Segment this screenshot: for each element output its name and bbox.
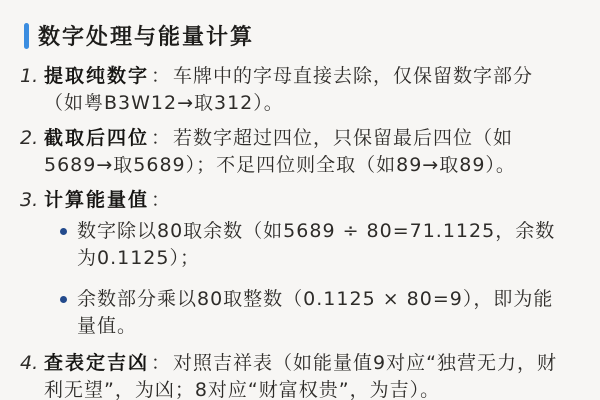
step-text: 查表定吉凶：对照吉祥表（如能量值9对应“独营无力，财利无望”，为凶；8对应“财富… <box>44 350 572 400</box>
step-text: 提取纯数字：车牌中的字母直接去除，仅保留数字部分（如粤B3W12→取312）。 <box>44 63 572 117</box>
step-colon: ： <box>149 65 173 87</box>
steps-list: 1. 提取纯数字：车牌中的字母直接去除，仅保留数字部分（如粤B3W12→取312… <box>20 63 572 400</box>
title-row: 数字处理与能量计算 <box>24 20 572 51</box>
list-item-1: 1. 提取纯数字：车牌中的字母直接去除，仅保留数字部分（如粤B3W12→取312… <box>20 63 572 117</box>
step-text: 截取后四位：若数字超过四位，只保留最后四位（如5689→取5689）；不足四位则… <box>44 125 572 179</box>
step-number: 3. <box>20 187 44 214</box>
step-number: 1. <box>20 63 44 90</box>
list-item-2: 2. 截取后四位：若数字超过四位，只保留最后四位（如5689→取5689）；不足… <box>20 125 572 179</box>
step-colon: ： <box>149 127 173 149</box>
step-colon: ： <box>149 352 173 374</box>
list-item-3: 3. 计算能量值： 数字除以80取余数（如5689 ÷ 80=71.1125，余… <box>20 187 572 342</box>
list-item-4: 4. 查表定吉凶：对照吉祥表（如能量值9对应“独营无力，财利无望”，为凶；8对应… <box>20 350 572 400</box>
step-heading: 提取纯数字 <box>44 65 149 87</box>
step-text: 计算能量值： 数字除以80取余数（如5689 ÷ 80=71.1125，余数为0… <box>44 187 572 342</box>
bullet-item-1: 数字除以80取余数（如5689 ÷ 80=71.1125，余数为0.1125）； <box>60 218 572 272</box>
bullet-item-2: 余数部分乘以80取整数（0.1125 × 80=9），即为能量值。 <box>60 286 572 340</box>
note-page: 数字处理与能量计算 1. 提取纯数字：车牌中的字母直接去除，仅保留数字部分（如粤… <box>0 0 600 400</box>
page-title: 数字处理与能量计算 <box>38 20 254 51</box>
step-number: 2. <box>20 125 44 152</box>
bullet-dot-icon <box>60 228 67 235</box>
bullet-dot-icon <box>60 296 67 303</box>
step-colon: ： <box>149 189 173 211</box>
step-heading: 计算能量值 <box>44 189 149 211</box>
step-heading: 截取后四位 <box>44 127 149 149</box>
bullet-text: 余数部分乘以80取整数（0.1125 × 80=9），即为能量值。 <box>77 286 572 340</box>
step-number: 4. <box>20 350 44 377</box>
title-accent-bar-icon <box>24 23 29 49</box>
sub-bullet-list: 数字除以80取余数（如5689 ÷ 80=71.1125，余数为0.1125）；… <box>44 218 572 340</box>
step-heading: 查表定吉凶 <box>44 352 149 374</box>
bullet-text: 数字除以80取余数（如5689 ÷ 80=71.1125，余数为0.1125）； <box>77 218 572 272</box>
